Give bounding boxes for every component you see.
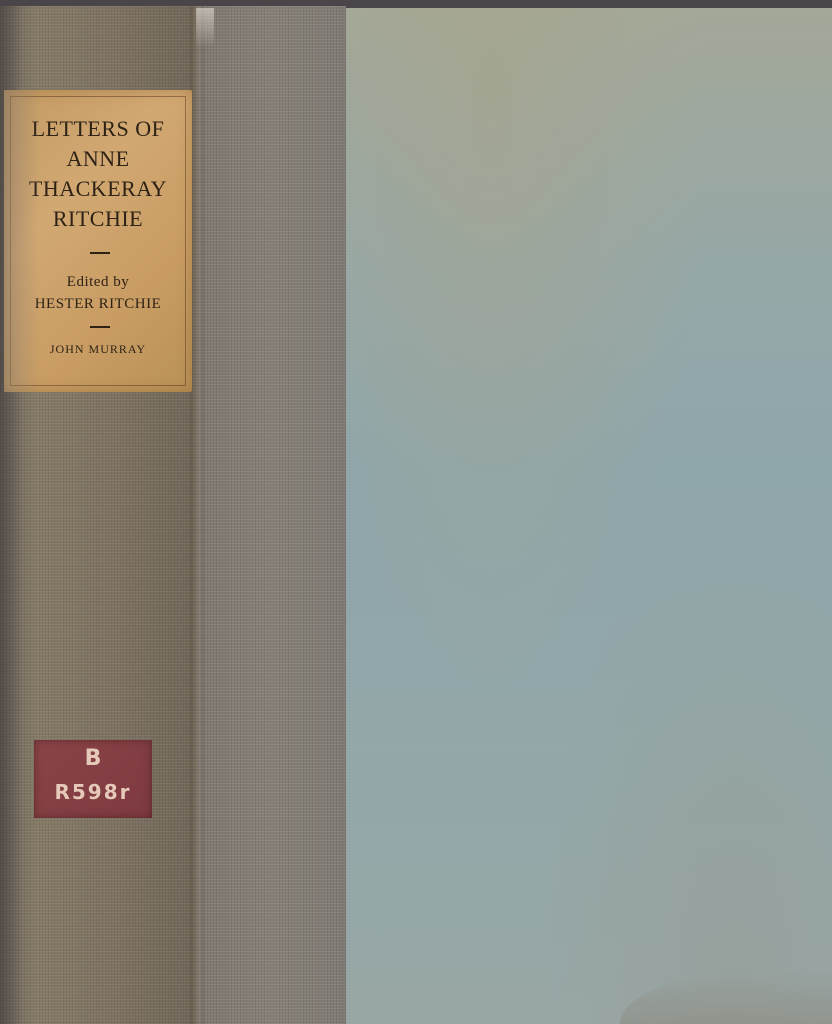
label-fade — [4, 90, 40, 392]
label-divider — [90, 326, 110, 328]
front-cover-paper — [346, 8, 832, 1024]
library-shelfmark-label: B R598r — [34, 740, 152, 818]
frayed-cloth-wear — [196, 8, 214, 48]
shelfmark-class: B — [34, 746, 152, 771]
label-divider — [90, 252, 110, 254]
spine-label: LETTERS OF ANNE THACKERAY RITCHIE Edited… — [4, 90, 192, 392]
cloth-board-strip — [198, 6, 346, 1024]
spine-hinge — [190, 6, 204, 1024]
shelfmark-number: R598r — [34, 780, 152, 804]
